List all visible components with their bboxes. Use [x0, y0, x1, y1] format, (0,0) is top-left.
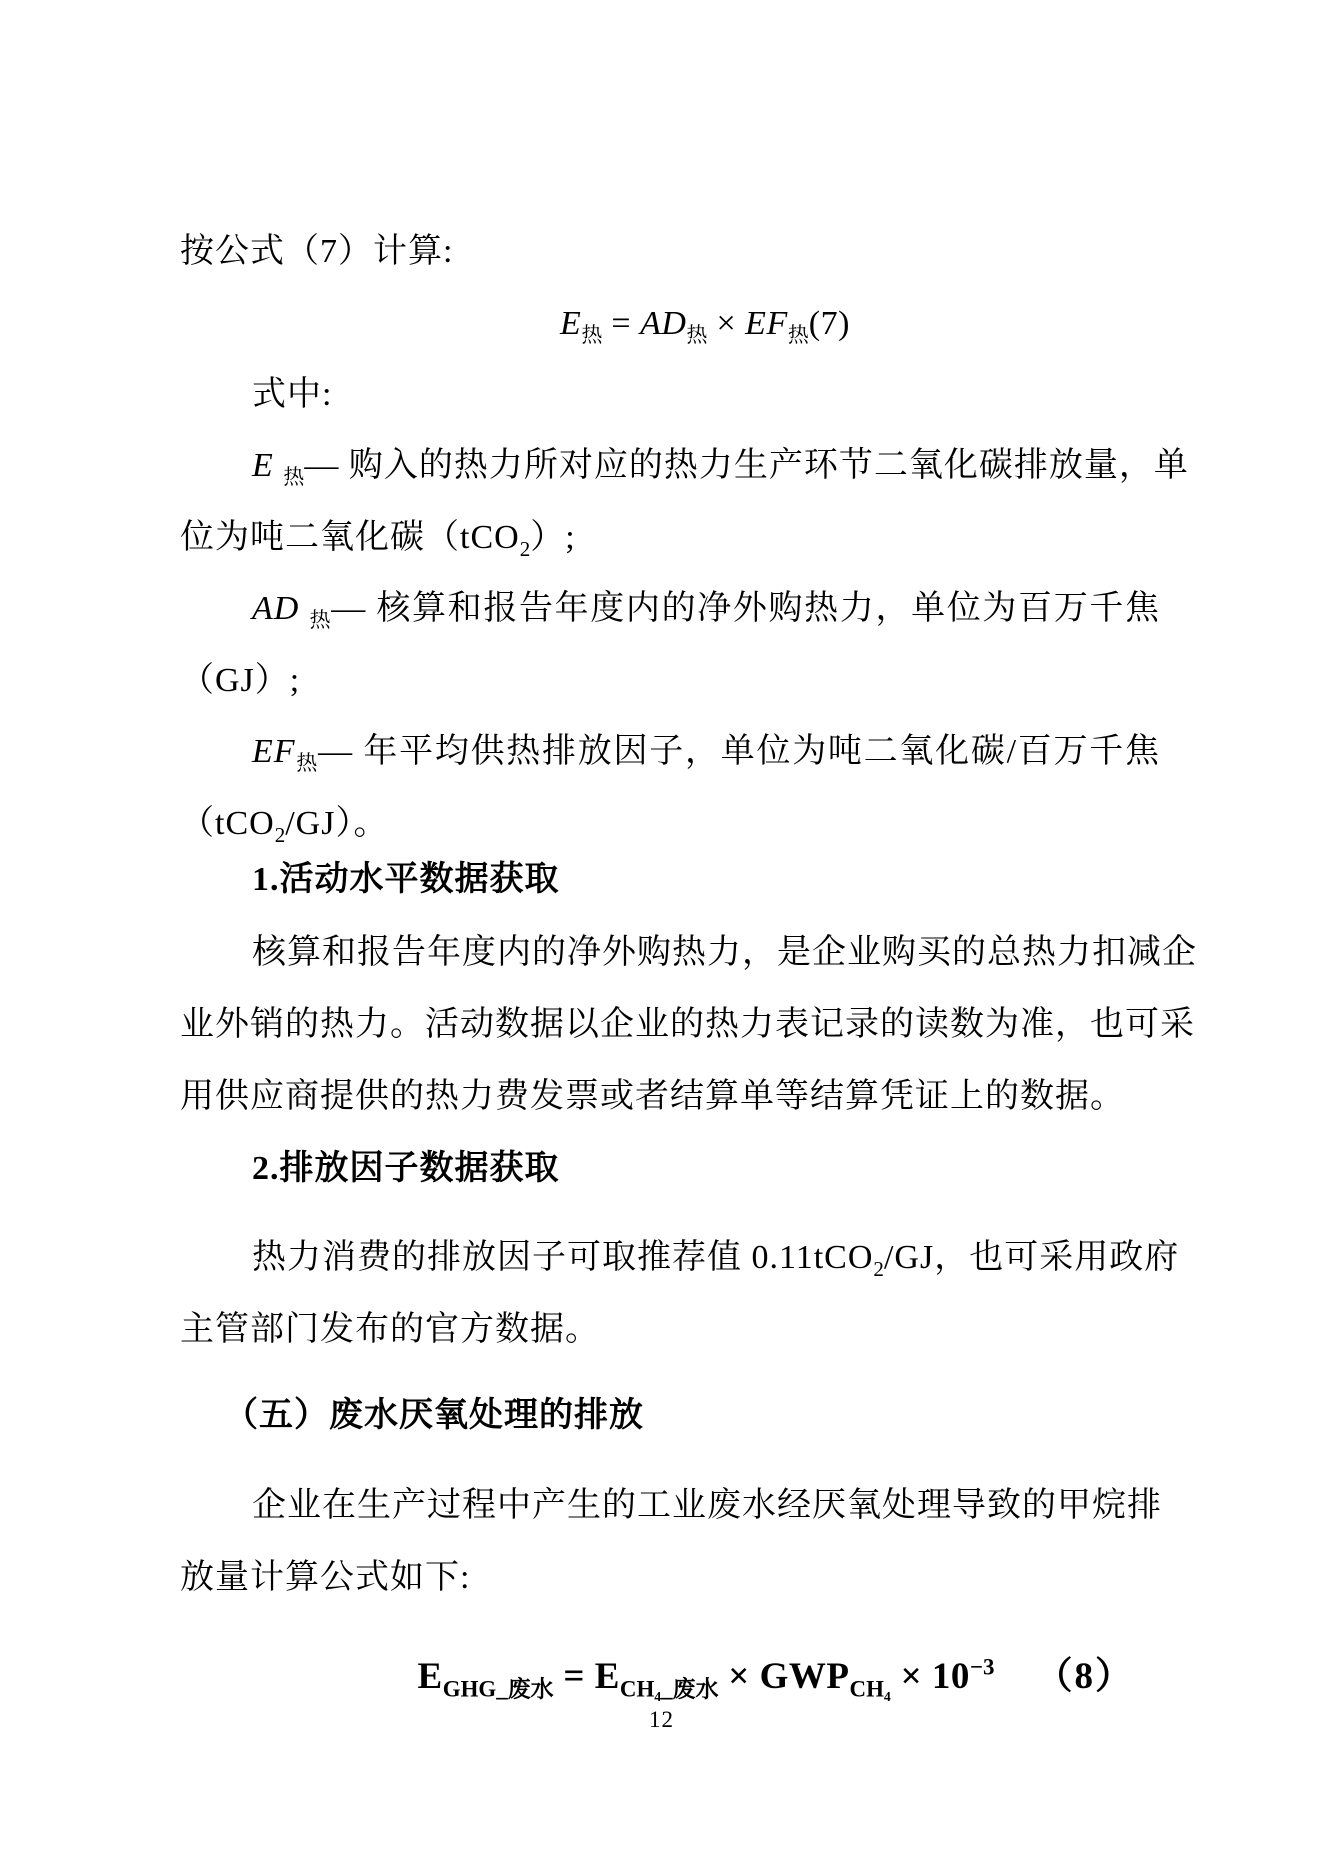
page-number: 12	[0, 1700, 1323, 1740]
definition-e-heat-line1: E 热— 购入的热力所对应的热力生产环节二氧化碳排放量，单	[180, 430, 1160, 502]
paragraph-activity-line2: 业外销的热力。活动数据以企业的热力表记录的读数为准，也可采	[180, 989, 1160, 1061]
paragraph-wastewater-line2: 放量计算公式如下:	[180, 1542, 1160, 1614]
formula-8-expression: EGHG_废水 = ECH₄_废水 × GWPCH₄ × 10−3	[418, 1656, 995, 1697]
definition-ef-heat: EF热— 年平均供热排放因子，单位为吨二氧化碳/百万千焦 （tCO2/GJ）。	[180, 716, 1160, 860]
definition-e-heat-line2: 位为吨二氧化碳（tCO2）;	[180, 502, 1160, 574]
paragraph-emission-factor-line2: 主管部门发布的官方数据。	[180, 1294, 1160, 1366]
paragraph-where-label: 式中:	[180, 359, 1232, 431]
document-page: 按公式（7）计算: E热 = AD热 × EF热(7) 式中: E 热— 购入的…	[0, 0, 1323, 1871]
formula-7: E热 = AD热 × EF热(7)	[215, 286, 1195, 362]
paragraph-emission-factor-line1: 热力消费的排放因子可取推荐值 0.11tCO2/GJ，也可采用政府	[180, 1222, 1160, 1294]
heading-wastewater-anaerobic: （五）废水厌氧处理的排放	[180, 1380, 1204, 1452]
paragraph-formula-intro: 按公式（7）计算:	[180, 216, 1160, 288]
paragraph-wastewater-line1: 企业在生产过程中产生的工业废水经厌氧处理导致的甲烷排	[180, 1470, 1160, 1542]
paragraph-wastewater: 企业在生产过程中产生的工业废水经厌氧处理导致的甲烷排 放量计算公式如下:	[180, 1470, 1160, 1614]
paragraph-activity-data: 核算和报告年度内的净外购热力，是企业购买的总热力扣减企 业外销的热力。活动数据以…	[180, 917, 1160, 1133]
paragraph-activity-line1: 核算和报告年度内的净外购热力，是企业购买的总热力扣减企	[180, 917, 1160, 989]
definition-ad-heat-line1: AD 热— 核算和报告年度内的净外购热力，单位为百万千焦	[180, 573, 1160, 645]
definition-ef-heat-line1: EF热— 年平均供热排放因子，单位为吨二氧化碳/百万千焦	[180, 716, 1160, 788]
heading-emission-factor: 2.排放因子数据获取	[180, 1133, 1232, 1205]
definition-e-heat: E 热— 购入的热力所对应的热力生产环节二氧化碳排放量，单 位为吨二氧化碳（tC…	[180, 430, 1160, 574]
paragraph-activity-line3: 用供应商提供的热力费发票或者结算单等结算凭证上的数据。	[180, 1061, 1160, 1133]
definition-ad-heat: AD 热— 核算和报告年度内的净外购热力，单位为百万千焦 （GJ）;	[180, 573, 1160, 717]
paragraph-emission-factor: 热力消费的排放因子可取推荐值 0.11tCO2/GJ，也可采用政府 主管部门发布…	[180, 1222, 1160, 1366]
definition-ad-heat-line2: （GJ）;	[180, 645, 1160, 717]
heading-activity-data: 1.活动水平数据获取	[180, 844, 1232, 916]
